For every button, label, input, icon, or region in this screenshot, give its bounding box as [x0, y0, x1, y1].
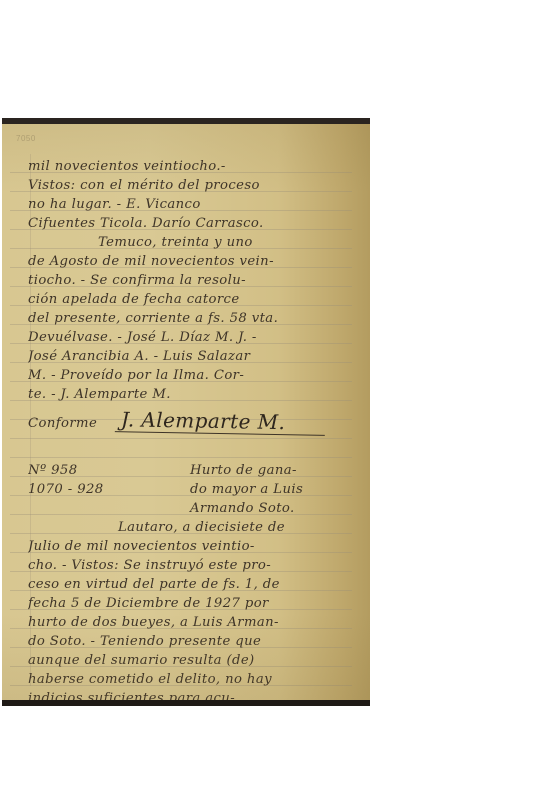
text-line: te. - J. Alemparte M.	[28, 385, 340, 404]
ledger-page: 7050 mil novecientos veintiocho.- Vistos…	[2, 124, 370, 700]
case-number: Nº 958	[28, 461, 78, 480]
text-line: Temuco, treinta y uno	[28, 233, 340, 252]
signature-row: Conforme J. Alemparte M.	[28, 404, 340, 442]
text-line: no ha lugar. - E. Vicanco	[28, 195, 340, 214]
signature: J. Alemparte M.	[115, 410, 326, 436]
text-line: do Soto. - Teniendo presente que	[28, 632, 340, 651]
case-header-row: 1070 - 928 do mayor a Luis	[28, 480, 340, 499]
archive-mark: 7050	[16, 134, 36, 143]
text-line: cho. - Vistos: Se instruyó este pro-	[28, 556, 340, 575]
text-line: M. - Proveído por la Ilma. Cor-	[28, 366, 340, 385]
case-header-row: Armando Soto.	[28, 499, 340, 518]
conforme-label: Conforme	[28, 414, 97, 433]
image-viewport: 7050 mil novecientos veintiocho.- Vistos…	[0, 0, 533, 800]
text-line: fecha 5 de Diciembre de 1927 por	[28, 594, 340, 613]
document-photo: 7050 mil novecientos veintiocho.- Vistos…	[2, 118, 370, 706]
handwritten-text: mil novecientos veintiocho.- Vistos: con…	[28, 157, 340, 706]
case-header-row: Nº 958 Hurto de gana-	[28, 461, 340, 480]
text-line: de Agosto de mil novecientos vein-	[28, 252, 340, 271]
text-line: del presente, corriente a fs. 58 vta.	[28, 309, 340, 328]
text-line: Julio de mil novecientos veintio-	[28, 537, 340, 556]
spacer	[28, 442, 340, 461]
text-line: haberse cometido el delito, no hay	[28, 670, 340, 689]
book-edge	[2, 700, 370, 706]
text-line: Cifuentes Ticola. Darío Carrasco.	[28, 214, 340, 233]
text-line: Lautaro, a diecisiete de	[28, 518, 340, 537]
text-line: Vistos: con el mérito del proceso	[28, 176, 340, 195]
text-line: José Arancibia A. - Luis Salazar	[28, 347, 340, 366]
case-title-line: do mayor a Luis	[190, 480, 340, 499]
case-title-line: Armando Soto.	[190, 499, 340, 518]
case-title-line: Hurto de gana-	[190, 461, 340, 480]
text-line: hurto de dos bueyes, a Luis Arman-	[28, 613, 340, 632]
case-id: 1070 - 928	[28, 480, 104, 499]
text-line: ción apelada de fecha catorce	[28, 290, 340, 309]
text-line: mil novecientos veintiocho.-	[28, 157, 340, 176]
text-line: aunque del sumario resulta (de)	[28, 651, 340, 670]
text-line: Devuélvase. - José L. Díaz M. J. -	[28, 328, 340, 347]
text-line: ceso en virtud del parte de fs. 1, de	[28, 575, 340, 594]
text-line: tiocho. - Se confirma la resolu-	[28, 271, 340, 290]
